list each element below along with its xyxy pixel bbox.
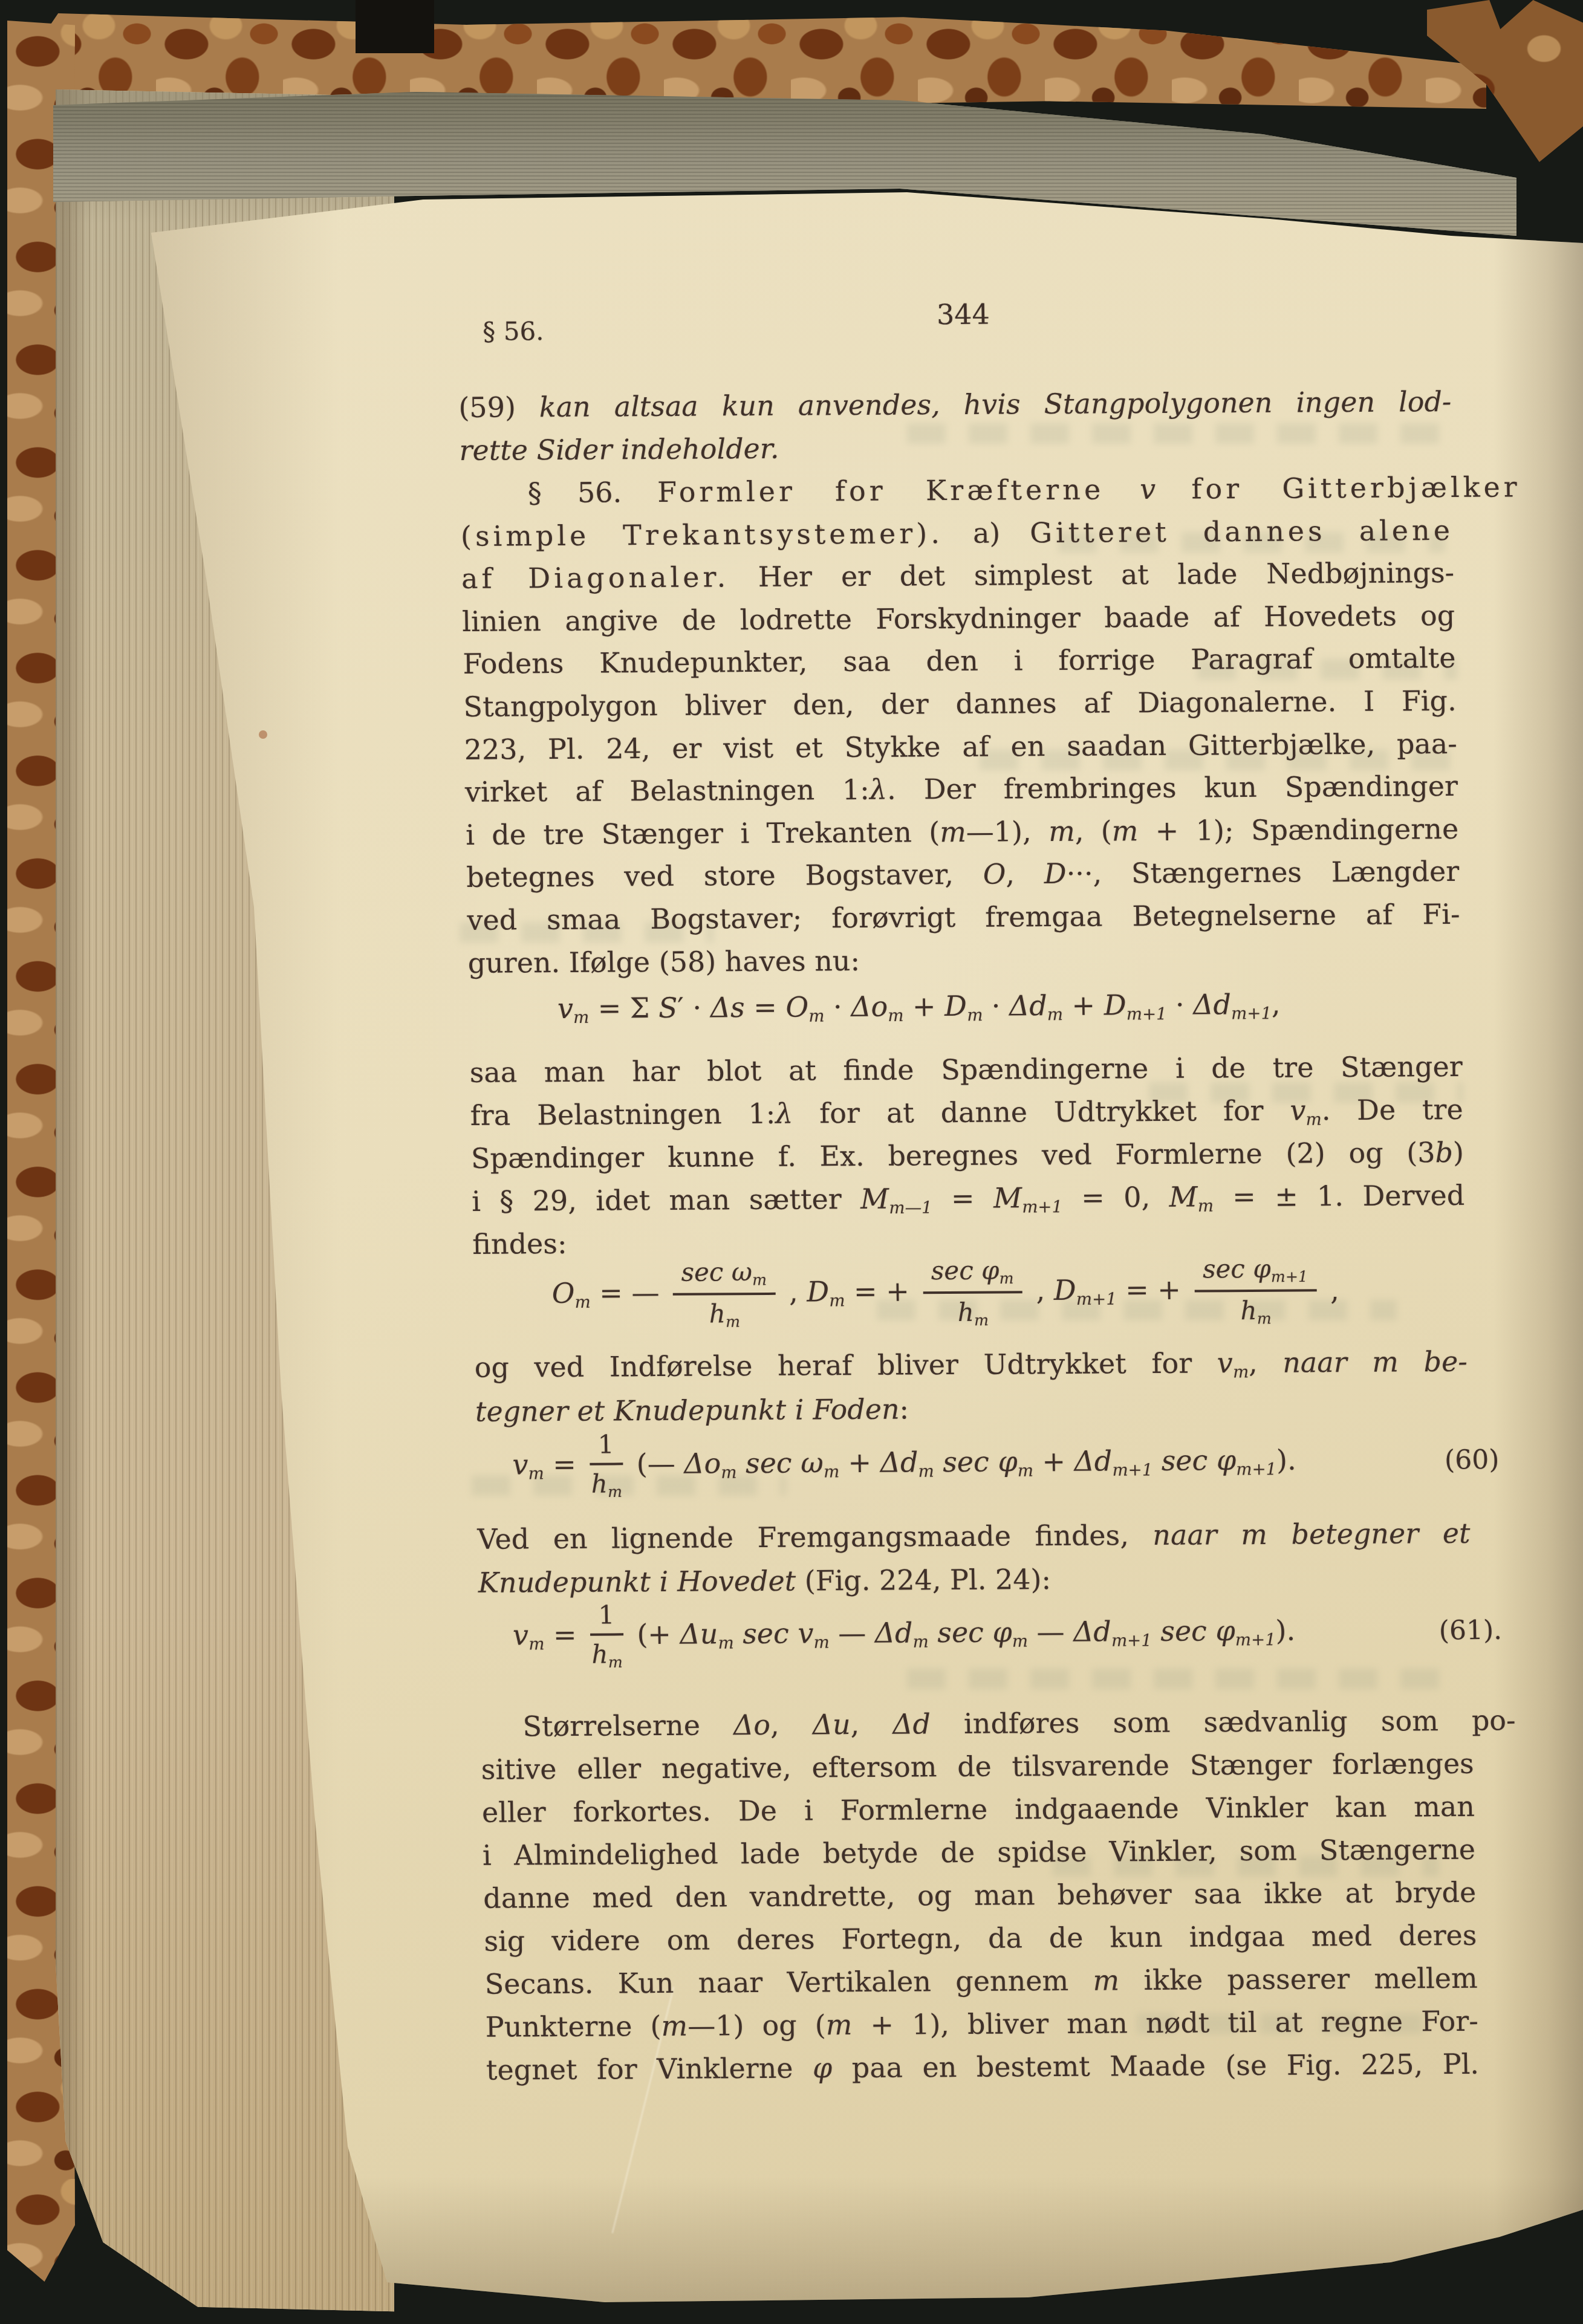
text-line: ved smaa Bogstaver; forøvrigt fremgaa Be… bbox=[467, 897, 1460, 938]
text-line: sig videre om deres Fortegn, da de kun i… bbox=[484, 1918, 1477, 1959]
formula: vm = 1hm (— Δom sec ωm + Δdm sec φm + Δd… bbox=[512, 1424, 1500, 1502]
fraction-numerator: sec ωm bbox=[672, 1257, 775, 1296]
text-line: Ved en lignende Fremgangsmaade findes, n… bbox=[477, 1516, 1471, 1557]
text-line: eller forkortes. De i Formlerne indgaaen… bbox=[481, 1790, 1475, 1831]
text-line: Spændinger kunne f. Ex. beregnes ved For… bbox=[471, 1135, 1464, 1177]
formula-text: vm = bbox=[512, 1447, 585, 1483]
fraction-numerator: 1 bbox=[589, 1429, 623, 1465]
book-photograph: § 56. 344 (59) kan altsaa kun anvendes, … bbox=[0, 0, 1583, 2324]
text-line: Punkterne (m—1) og (m + 1), bliver man n… bbox=[485, 2004, 1478, 2045]
text-line: rette Sider indeholder. bbox=[459, 427, 1452, 469]
text-line: og ved Indførelse heraf bliver Udtrykket… bbox=[474, 1345, 1468, 1388]
fraction-numerator: 1 bbox=[590, 1600, 623, 1635]
text-line: (simple Trekantsystemer). a) Gitteret da… bbox=[460, 513, 1454, 554]
formula-text: Om = — bbox=[551, 1276, 668, 1312]
fraction-denominator: hm bbox=[709, 1295, 740, 1331]
text-line: (59) kan altsaa kun anvendes, hvis Stang… bbox=[458, 385, 1452, 426]
page-number: 344 bbox=[887, 297, 1039, 331]
formula: Om = — sec ωmhm , Dm = + sec φmhm , Dm+1… bbox=[551, 1253, 1497, 1332]
fraction: sec φmhm bbox=[922, 1255, 1023, 1329]
text-line: af Diagonaler. Her er det simplest at la… bbox=[461, 556, 1455, 597]
text-line: virket af Belastningen 1:λ. Der frembrin… bbox=[464, 769, 1458, 810]
text-line: § 56. Formler for Kræfterne v for Gitter… bbox=[460, 470, 1521, 511]
text-line: Secans. Kun naar Vertikalen gennem m ikk… bbox=[484, 1961, 1478, 2002]
equation-number: (61). bbox=[1438, 1615, 1502, 1646]
text-line: Størrelserne Δo, Δu, Δd indføres som sæd… bbox=[480, 1703, 1516, 1744]
text-line: i § 29, idet man sætter Mm—1 = Mm+1 = 0,… bbox=[472, 1178, 1465, 1221]
formula-text: , Dm+1 = + bbox=[1027, 1273, 1190, 1310]
text-line: Fodens Knudepunkter, saa den i forrige P… bbox=[463, 641, 1456, 682]
text-line: tegner et Knudepunkt i Foden: bbox=[475, 1389, 1468, 1430]
fraction: 1hm bbox=[589, 1429, 623, 1501]
text-line: fra Belastningen 1:λ for at danne Udtryk… bbox=[470, 1092, 1463, 1135]
formula: vm = 1hm (+ Δum sec vm — Δdm sec φm — Δd… bbox=[512, 1594, 1503, 1672]
fraction-denominator: hm bbox=[957, 1293, 989, 1329]
formula-text: , bbox=[1321, 1274, 1339, 1306]
fraction: 1hm bbox=[590, 1600, 624, 1671]
cover-gap-shadow bbox=[356, 0, 434, 53]
text-line: saa man har blot at finde Spændingerne i… bbox=[469, 1050, 1463, 1091]
formula-text: , Dm = + bbox=[780, 1275, 918, 1311]
text-line: 223, Pl. 24, er vist et Stykke af en saa… bbox=[464, 727, 1457, 768]
section-header: § 56. bbox=[483, 316, 544, 346]
fraction-numerator: sec φm+1 bbox=[1194, 1253, 1317, 1292]
text-line: danne med den vandrette, og man behøver … bbox=[483, 1875, 1477, 1917]
fraction-denominator: hm bbox=[591, 1635, 623, 1671]
equation-number: (60) bbox=[1445, 1444, 1500, 1476]
formula: vm = Σ S′ · Δs = Om · Δom + Dm · Δdm + D… bbox=[557, 987, 1492, 1028]
text-line: guren. Ifølge (58) haves nu: bbox=[467, 940, 1461, 981]
text-line: betegnes ved store Bogstaver, O, D···, S… bbox=[466, 854, 1460, 895]
text-line: Knudepunkt i Hovedet (Fig. 224, Pl. 24): bbox=[478, 1560, 1471, 1601]
text-line: i de tre Stænger i Trekanten (m—1), m, (… bbox=[466, 812, 1459, 853]
fraction: sec ωmhm bbox=[672, 1257, 776, 1331]
fraction: sec φm+1hm bbox=[1194, 1253, 1318, 1327]
text-line: Stangpolygon bliver den, der dannes af D… bbox=[463, 684, 1457, 725]
formula-text: vm = Σ S′ · Δs = Om · Δom + Dm · Δdm + D… bbox=[557, 988, 1280, 1028]
fraction-denominator: hm bbox=[591, 1465, 622, 1501]
text-line: i Almindelighed lade betyde de spidse Vi… bbox=[483, 1832, 1476, 1874]
formula-text: (— Δom sec ωm + Δdm sec φm + Δdm+1 sec φ… bbox=[628, 1443, 1296, 1482]
formula-text: vm = bbox=[513, 1618, 586, 1654]
text-line: tegnet for Vinklerne φ paa en bestemt Ma… bbox=[486, 2047, 1480, 2088]
text-line: sitive eller negative, eftersom de tilsv… bbox=[481, 1747, 1474, 1788]
formula-text: (+ Δum sec vm — Δdm sec φm — Δdm+1 sec φ… bbox=[628, 1614, 1295, 1653]
fraction-denominator: hm bbox=[1240, 1291, 1272, 1327]
text-line: linien angive de lodrette Forskydninger … bbox=[462, 599, 1455, 640]
fraction-numerator: sec φm bbox=[922, 1255, 1022, 1294]
